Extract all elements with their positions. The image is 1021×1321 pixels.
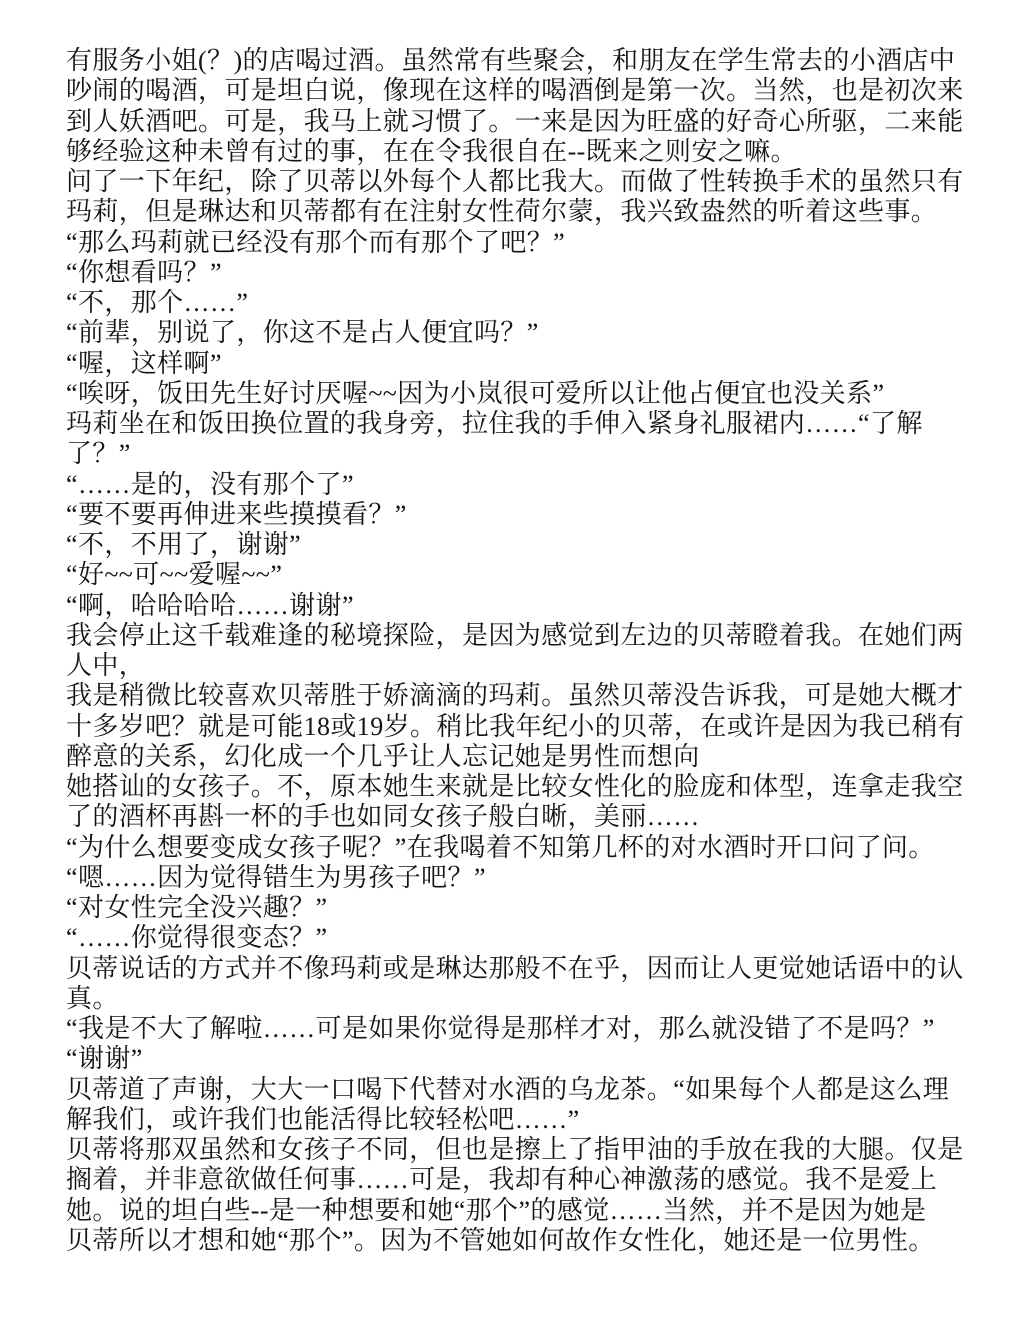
text-line: 醉意的关系，幻化成一个几乎让人忘记她是男性而想向 bbox=[66, 742, 958, 772]
text-line: 她搭讪的女孩子。不，原本她生来就是比较女性化的脸庞和体型，连拿走我空 bbox=[66, 772, 958, 802]
text-line: 我是稍微比较喜欢贝蒂胜于娇滴滴的玛莉。虽然贝蒂没告诉我，可是她大概才 bbox=[66, 681, 958, 711]
text-line: 贝蒂说话的方式并不像玛莉或是琳达那般不在乎，因而让人更觉她话语中的认 bbox=[66, 954, 958, 984]
text-line: 问了一下年纪，除了贝蒂以外每个人都比我大。而做了性转换手术的虽然只有 bbox=[66, 167, 958, 197]
text-line: 玛莉坐在和饭田换位置的我身旁，拉住我的手伸入紧身礼服裙内……“了解 bbox=[66, 409, 958, 439]
text-line: 够经验这种未曾有过的事，在在令我很自在--既来之则安之嘛。 bbox=[66, 137, 958, 167]
text-line: 贝蒂将那双虽然和女孩子不同，但也是擦上了指甲油的手放在我的大腿。仅是 bbox=[66, 1135, 958, 1165]
text-line: 贝蒂道了声谢，大大一口喝下代替对水酒的乌龙茶。“如果每个人都是这么理 bbox=[66, 1075, 958, 1105]
text-line: 有服务小姐(？)的店喝过酒。虽然常有些聚会，和朋友在学生常去的小酒店中 bbox=[66, 46, 958, 76]
text-block: 有服务小姐(？)的店喝过酒。虽然常有些聚会，和朋友在学生常去的小酒店中吵闹的喝酒… bbox=[66, 46, 958, 1256]
text-line: 搁着，并非意欲做任何事……可是，我却有种心神激荡的感觉。我不是爱上 bbox=[66, 1165, 958, 1195]
text-line: 她。说的坦白些--是一种想要和她“那个”的感觉……当然，并不是因为她是 bbox=[66, 1196, 958, 1226]
document-page: 有服务小姐(？)的店喝过酒。虽然常有些聚会，和朋友在学生常去的小酒店中吵闹的喝酒… bbox=[0, 0, 1021, 1321]
text-line: 玛莉，但是琳达和贝蒂都有在注射女性荷尔蒙，我兴致盎然的听着这些事。 bbox=[66, 197, 958, 227]
text-line: 到人妖酒吧。可是，我马上就习惯了。一来是因为旺盛的好奇心所驱，二来能 bbox=[66, 107, 958, 137]
text-line: “对女性完全没兴趣？” bbox=[66, 893, 958, 923]
text-line: “……你觉得很变态？” bbox=[66, 923, 958, 953]
text-line: “不，那个……” bbox=[66, 288, 958, 318]
text-line: “你想看吗？” bbox=[66, 258, 958, 288]
text-line: “喔，这样啊” bbox=[66, 349, 958, 379]
text-line: 贝蒂所以才想和她“那个”。因为不管她如何故作女性化，她还是一位男性。 bbox=[66, 1226, 958, 1256]
text-line: “前辈，别说了，你这不是占人便宜吗？” bbox=[66, 318, 958, 348]
text-line: 解我们，或许我们也能活得比较轻松吧……” bbox=[66, 1105, 958, 1135]
text-line: “为什么想要变成女孩子呢？”在我喝着不知第几杯的对水酒时开口问了问。 bbox=[66, 833, 958, 863]
text-line: 我会停止这千载难逢的秘境探险，是因为感觉到左边的贝蒂瞪着我。在她们两 bbox=[66, 621, 958, 651]
text-line: “啊，哈哈哈哈……谢谢” bbox=[66, 591, 958, 621]
text-line: 人中， bbox=[66, 651, 958, 681]
text-line: “……是的，没有那个了” bbox=[66, 470, 958, 500]
text-line: “好~~可~~爱喔~~” bbox=[66, 560, 958, 590]
text-line: “要不要再伸进来些摸摸看？” bbox=[66, 500, 958, 530]
text-line: “唉呀，饭田先生好讨厌喔~~因为小岚很可爱所以让他占便宜也没关系” bbox=[66, 379, 958, 409]
text-line: 了的酒杯再斟一杯的手也如同女孩子般白晰，美丽…… bbox=[66, 802, 958, 832]
text-line: “不，不用了，谢谢” bbox=[66, 530, 958, 560]
text-line: “那么玛莉就已经没有那个而有那个了吧？” bbox=[66, 228, 958, 258]
text-line: 了？” bbox=[66, 439, 958, 469]
text-line: “嗯……因为觉得错生为男孩子吧？” bbox=[66, 863, 958, 893]
text-line: 真。 bbox=[66, 984, 958, 1014]
text-line: “我是不大了解啦……可是如果你觉得是那样才对，那么就没错了不是吗？” bbox=[66, 1014, 958, 1044]
text-line: 十多岁吧？就是可能18或19岁。稍比我年纪小的贝蒂，在或许是因为我已稍有 bbox=[66, 712, 958, 742]
text-line: “谢谢” bbox=[66, 1044, 958, 1074]
text-line: 吵闹的喝酒，可是坦白说，像现在这样的喝酒倒是第一次。当然，也是初次来 bbox=[66, 76, 958, 106]
